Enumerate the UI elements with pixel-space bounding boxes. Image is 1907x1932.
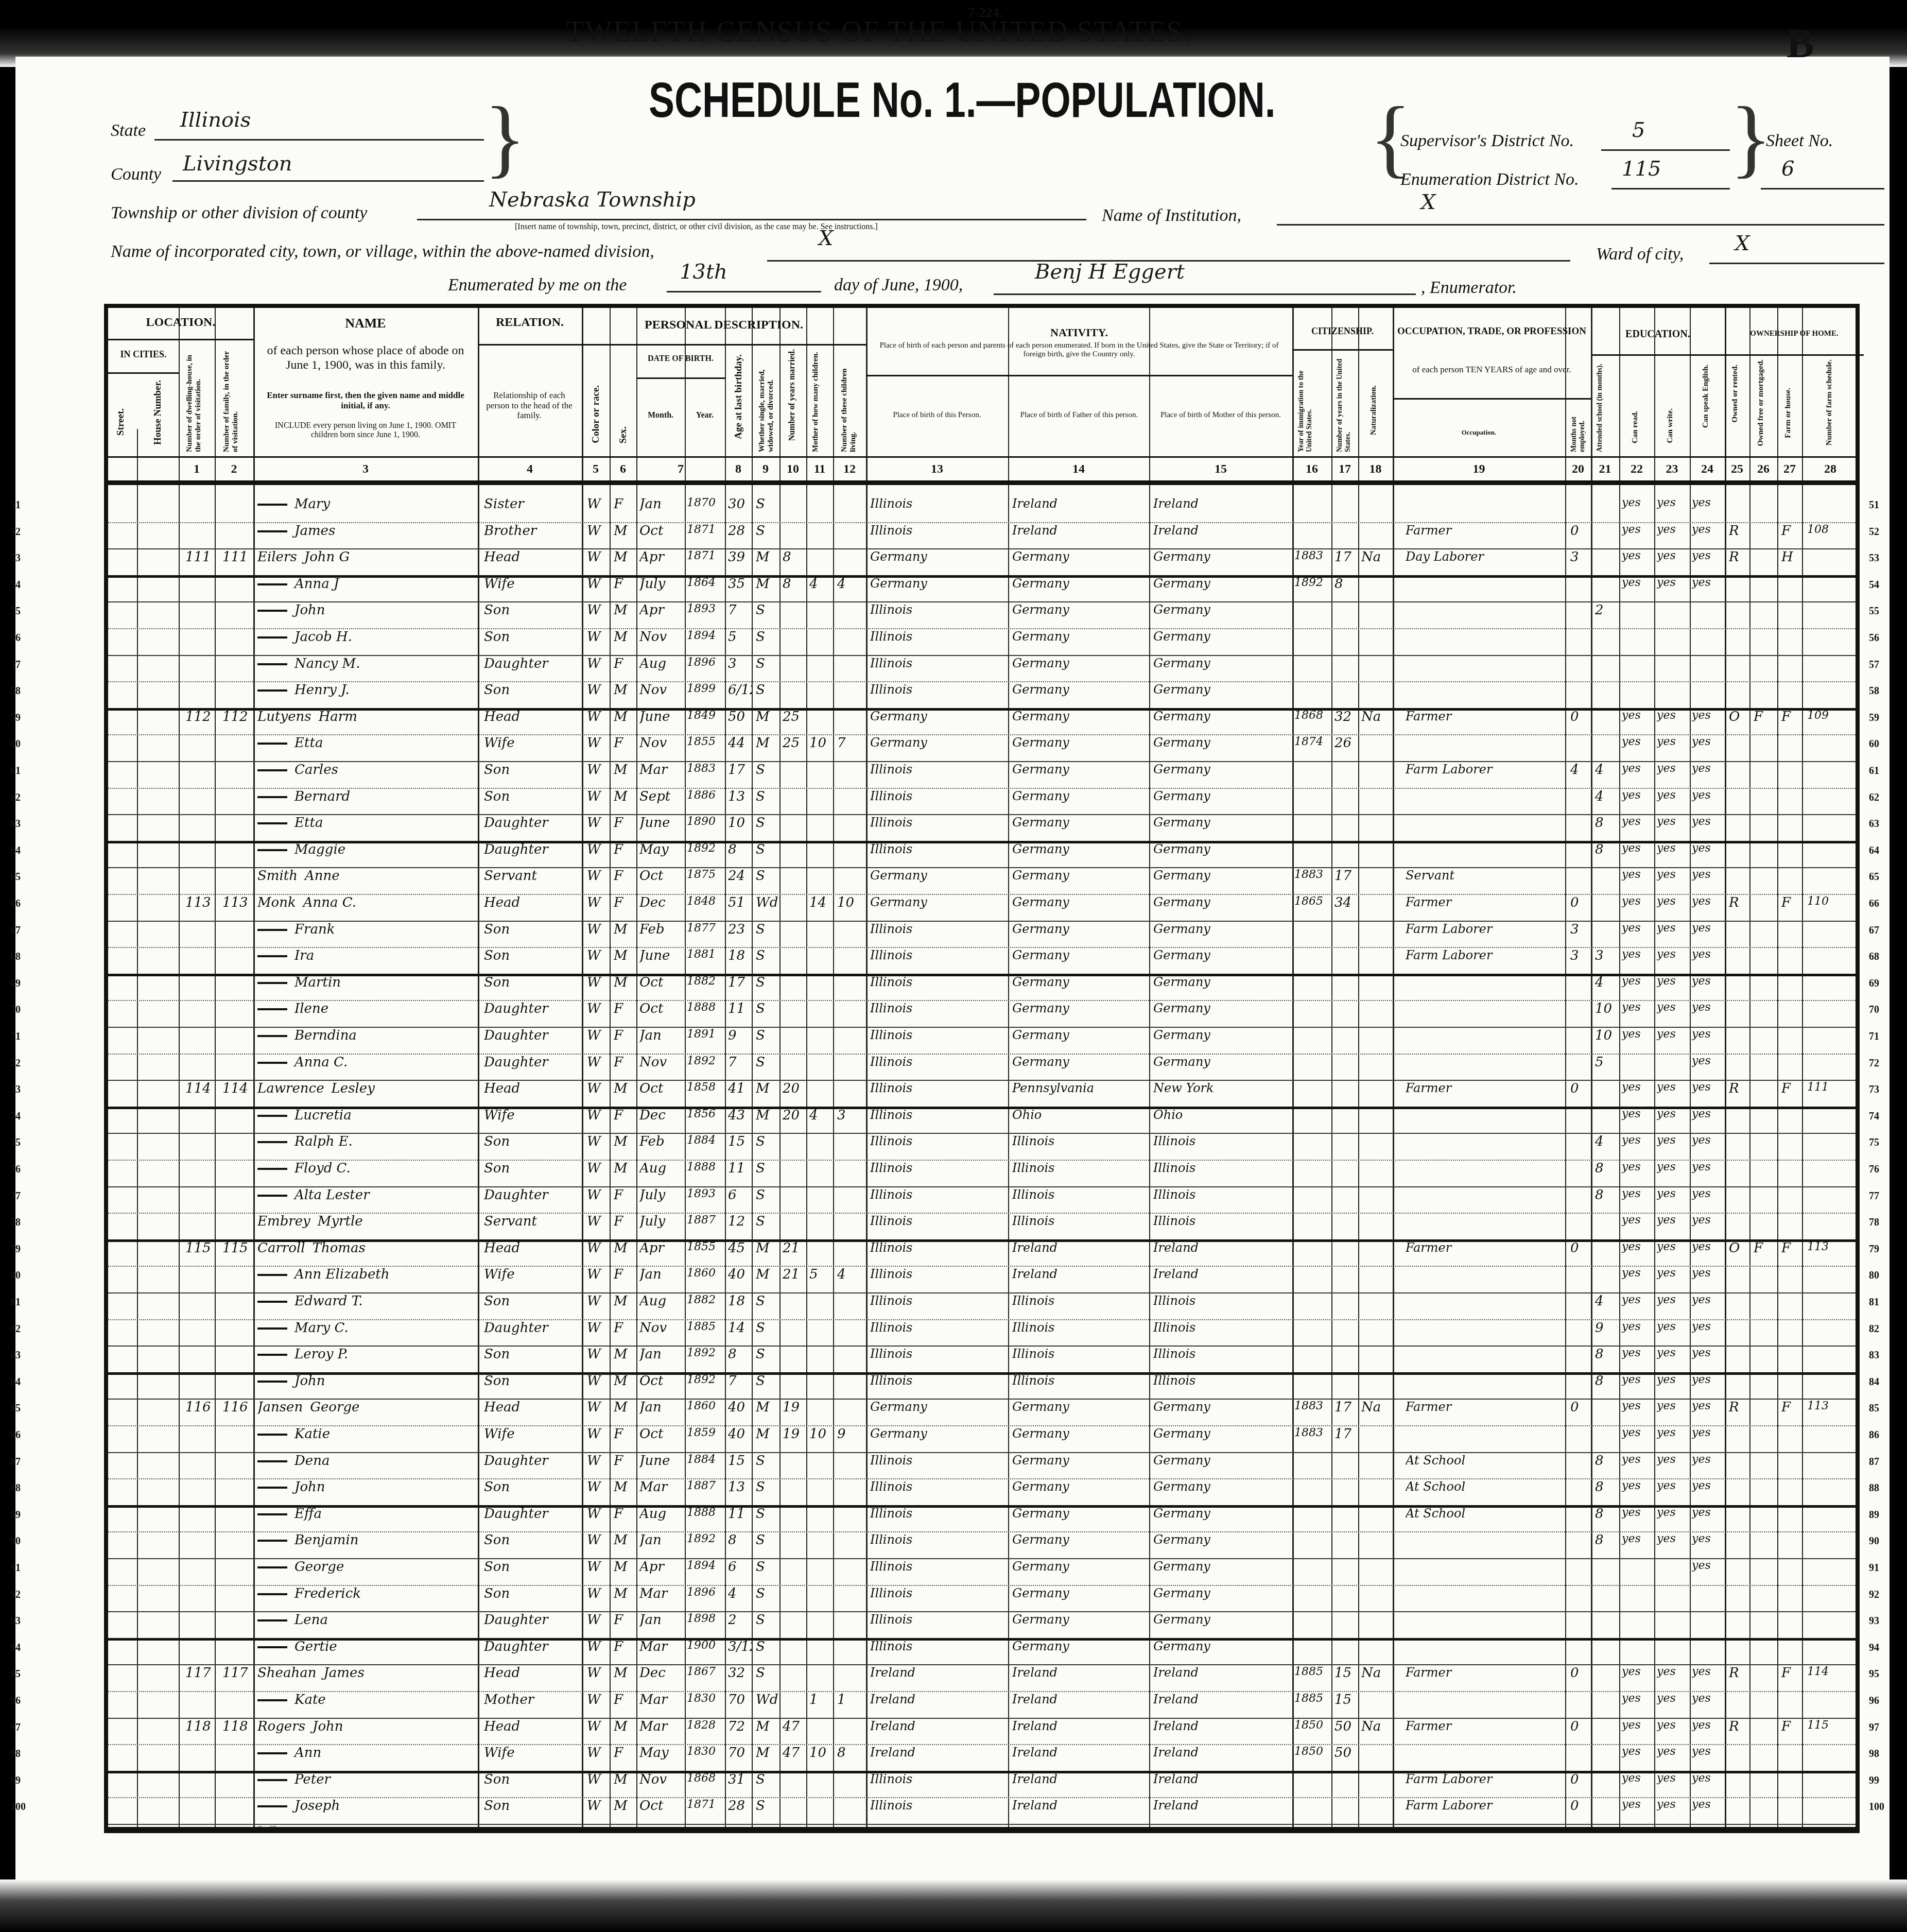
cell-sex: F [614,1745,634,1761]
line-number: 93 [1869,1615,1879,1627]
cell-month: Mar [639,1586,683,1601]
cell-year: 1882 [687,975,724,988]
cell-eng: yes [1692,1400,1723,1412]
cell-pobm: Germany [1153,1426,1290,1441]
cell-read: yes [1622,1108,1653,1120]
cell-write: yes [1657,1187,1688,1200]
person-name: Henry J. [257,682,476,698]
cell-month: Sept [639,789,683,804]
cell-rel: Son [484,629,579,645]
cell-eng: yes [1692,549,1723,562]
cell-write: yes [1657,975,1688,988]
line-number: 70 [1869,1004,1879,1016]
surname-ditto-dash [257,955,287,957]
cell-ms: S [756,629,778,645]
line-number-left: 75 [10,1137,21,1149]
cell-pobm: Ireland [1153,523,1290,538]
cell-year: 1887 [687,1479,724,1492]
cell-pob: Germany [870,868,1005,883]
cell-ms: S [756,948,778,963]
cell-occ: Farm Laborer [1406,1798,1560,1813]
header-divider [1292,349,1393,351]
cell-rel: Servant [484,868,579,884]
line-number: 72 [1869,1058,1879,1069]
cell-write: yes [1657,1373,1688,1386]
given-name: John [313,1719,343,1734]
cell-own: R [1729,549,1747,565]
surname-ditto-dash [257,1008,287,1010]
cell-read: yes [1622,1719,1653,1732]
cell-read: yes [1622,576,1653,589]
line-number-left: 60 [10,738,21,750]
cell-age: 28 [728,523,752,539]
person-name: John [257,1479,476,1495]
cell-eng: yes [1692,1532,1723,1545]
given-name: Effa [294,1506,322,1522]
column-number: 25 [1725,462,1749,476]
table-row: Ralph E.SonWMFeb188415SIllinoisIllinoisI… [108,1133,1856,1161]
cell-read: yes [1622,895,1653,908]
cell-age: 13 [728,789,752,804]
cell-age: 24 [728,868,752,884]
cell-ym: 20 [783,1081,805,1096]
cell-ym: 25 [783,735,805,751]
cell-month: June [639,1453,683,1469]
table-row: MonkAnna C.113113HeadWFDec184851Wd1410Ge… [108,894,1856,922]
person-name: Ann [257,1745,476,1761]
cell-color: W [587,1293,608,1309]
cell-rel: Brother [484,523,579,539]
cell-mu: 0 [1570,1665,1589,1681]
given-name: George [294,1559,344,1575]
cell-dw: 112 [185,709,214,725]
cell-sex: F [614,496,634,512]
cell-write: yes [1657,576,1688,589]
cell-pobm: Germany [1153,868,1290,883]
county-value: Livingston [183,152,292,176]
cell-color: W [587,1187,608,1203]
line-number-left: 57 [10,659,21,671]
cell-pobf: Ohio [1012,1108,1147,1122]
cell-fam: 116 [222,1400,251,1415]
cell-pob: Illinois [870,1240,1005,1255]
person-name: Gertie [257,1639,476,1654]
cell-read: yes [1622,1214,1653,1227]
table-row: MarySisterWFJan187030SIllinoisIrelandIre… [108,495,1856,523]
cell-year: 1849 [687,709,724,722]
cell-write: yes [1657,1453,1688,1466]
cell-sch: 8 [1595,1506,1618,1522]
cell-fh: F [1781,1400,1800,1415]
line-number-left: 98 [10,1748,21,1760]
cell-color: W [587,1772,608,1787]
cell-own: R [1729,1400,1747,1415]
cell-ym: 19 [783,1426,805,1442]
cell-pob: Illinois [870,656,1005,670]
cell-sex: M [614,1532,634,1548]
cell-fh: F [1781,895,1800,910]
cell-eng: yes [1692,922,1723,935]
given-name: Benjamin [294,1532,359,1548]
column-number: 19 [1393,462,1565,476]
cell-ms: S [756,602,778,618]
cell-free: F [1754,1240,1774,1256]
cell-write: yes [1657,709,1688,722]
cell-occ: Farm Laborer [1406,922,1560,936]
line-number-left: 81 [10,1297,21,1308]
line-number-left: 66 [10,898,21,910]
cell-color: W [587,1506,608,1522]
header-divider [1393,398,1591,400]
line-number-left: 90 [10,1536,21,1547]
cell-sex: M [614,1772,634,1787]
cell-mu: 3 [1570,922,1589,937]
cell-read: yes [1622,1426,1653,1439]
column-number: 13 [866,462,1008,476]
cell-ms: S [756,1639,778,1654]
cell-pob: Illinois [870,496,1005,511]
cell-month: Feb [639,1134,683,1149]
person-name: Frank [257,922,476,937]
cell-occ: Farm Laborer [1406,762,1560,777]
line-number-left: 71 [10,1031,21,1043]
cell-year: 1896 [687,1586,724,1599]
table-row: Ann ElizabethWifeWFJan186040M2154Illinoi… [108,1266,1856,1293]
line-number-left: 67 [10,925,21,937]
cell-rel: Son [484,948,579,963]
surname-ditto-dash [257,636,287,639]
surname: Jansen [257,1400,303,1415]
cell-ms: S [756,1559,778,1575]
cell-mu: 0 [1570,1798,1589,1814]
line-number: 79 [1869,1244,1879,1255]
state-label: State [111,121,146,141]
cell-write: yes [1657,1506,1688,1519]
cell-eng: yes [1692,1692,1723,1705]
person-name: Floyd C. [257,1161,476,1176]
cell-color: W [587,1426,608,1442]
surname-ditto-dash [257,1354,287,1356]
cell-pobf: Germany [1012,1001,1147,1015]
dwelling-number-header: Number of dwelling-house, in the order o… [185,349,203,452]
table-row: LucretiaWifeWFDec185643M2043IllinoisOhio… [108,1107,1856,1134]
cell-dw: 115 [185,1240,214,1256]
cell-month: Dec [639,1665,683,1681]
scan-bottom-edge [0,1879,1907,1932]
cell-color: W [587,576,608,592]
cell-pob: Illinois [870,1347,1005,1361]
sheet-no-underline [1761,188,1884,189]
cell-fs: 110 [1807,895,1853,908]
name-instruction-1: Enter surname first, then the given name… [263,390,469,410]
line-number: 91 [1869,1562,1879,1574]
person-name: Ann Elizabeth [257,1267,476,1282]
cell-rel: Daughter [484,1001,579,1016]
cell-sex: F [614,1187,634,1203]
cell-rel: Son [484,789,579,804]
line-number-left: 65 [10,871,21,883]
surname-ditto-dash [257,769,287,771]
cell-yrs: 32 [1334,709,1357,725]
cell-pob: Germany [870,1426,1005,1441]
column-number: 7 [636,462,725,476]
cell-occ: At School [1406,1453,1560,1468]
line-number: 66 [1869,898,1879,910]
line-number: 80 [1869,1270,1879,1282]
ward-label: Ward of city, [1596,245,1684,264]
cell-ym: 19 [783,1400,805,1415]
institution-label: Name of Institution, [1102,206,1241,226]
table-row: BenjaminSonWMJan18928SIllinoisGermanyGer… [108,1531,1856,1559]
cell-sch: 8 [1595,1187,1618,1203]
cell-color: W [587,842,608,857]
cell-pobf: Germany [1012,1426,1147,1441]
cell-ms: S [756,1373,778,1389]
group-relation: RELATION. [478,316,582,330]
cell-write: yes [1657,1692,1688,1705]
cell-age: 70 [728,1692,752,1707]
cell-pobm: Ohio [1153,1108,1290,1122]
cell-pobf: Germany [1012,1479,1147,1494]
cell-eng: yes [1692,1134,1723,1147]
cell-pobm: Germany [1153,975,1290,989]
cell-write: yes [1657,948,1688,961]
cell-color: W [587,523,608,539]
given-name: Lucretia [294,1108,352,1123]
cell-read: yes [1622,496,1653,509]
cell-fs: 109 [1807,709,1853,722]
cell-eng: yes [1692,975,1723,988]
cell-occ: Farmer [1406,709,1560,723]
cell-rel: Daughter [484,815,579,831]
cell-pobm: Germany [1153,1559,1290,1574]
cell-pob: Illinois [870,1108,1005,1122]
cell-sex: M [614,709,634,725]
cell-age: 11 [728,1161,752,1176]
given-name: Maggie [294,842,345,857]
cell-read: yes [1622,735,1653,748]
cell-yrs: 17 [1334,868,1357,884]
surname-ditto-dash [257,1540,287,1542]
cell-color: W [587,815,608,831]
cell-age: 10 [728,815,752,831]
cell-year: 1896 [687,656,724,669]
cell-sch: 4 [1595,789,1618,804]
cell-rel: Head [484,895,579,910]
cell-pobm: Ireland [1153,1692,1290,1706]
cell-mu: 0 [1570,1719,1589,1734]
cell-age: 15 [728,1134,752,1149]
person-name: Leroy P. [257,1347,476,1362]
years-in-us-header: Number of years in the United States. [1336,357,1353,452]
cell-pobf: Pennsylvania [1012,1081,1147,1095]
cell-read: yes [1622,1400,1653,1412]
cell-year: 1881 [687,948,724,961]
table-row: FrankSonWMFeb187723SIllinoisGermanyGerma… [108,921,1856,948]
cell-rel: Wife [484,1426,579,1442]
cell-color: W [587,1479,608,1495]
line-number: 77 [1869,1191,1879,1202]
line-number-left: 93 [10,1615,21,1627]
cell-age: 6/12 [728,682,752,698]
cell-age: 17 [728,762,752,778]
institution-value: X [1421,191,1435,214]
cell-write: yes [1657,815,1688,828]
cell-read: yes [1622,709,1653,722]
column-number: 9 [752,462,779,476]
cell-eng: yes [1692,1187,1723,1200]
surname-ditto-dash [257,1513,287,1515]
surname-ditto-dash [257,1381,287,1383]
cell-pobm: Germany [1153,709,1290,723]
cell-own: R [1729,523,1747,539]
cell-pobf: Germany [1012,549,1147,564]
cell-rel: Son [484,1161,579,1176]
given-name: Mary [294,496,330,512]
person-name: RogersJohn [257,1719,476,1734]
cell-pobf: Germany [1012,1532,1147,1547]
cell-eng: yes [1692,1081,1723,1094]
cell-ms: S [756,1798,778,1814]
cell-age: 14 [728,1320,752,1336]
cell-occ: Farmer [1406,1400,1560,1414]
given-name: Anna J [294,576,339,592]
header-divider [478,344,582,346]
county-label: County [111,165,161,184]
table-row: BerndinaDaughterWFJan18919SIllinoisGerma… [108,1027,1856,1055]
cell-write: yes [1657,1400,1688,1412]
cell-read: yes [1622,1267,1653,1280]
sheet-no-label: Sheet No. [1766,131,1833,151]
cell-sch: 9 [1595,1320,1618,1336]
cell-mu: 0 [1570,1081,1589,1096]
cell-ms: S [756,682,778,698]
cell-eng: yes [1692,868,1723,881]
cell-color: W [587,1586,608,1601]
given-name: Frederick [294,1586,361,1601]
cell-pobf: Illinois [1012,1161,1147,1175]
group-in-cities: IN CITIES. [108,349,179,360]
surname: Eilers [257,549,297,565]
cell-rel: Son [484,1347,579,1362]
cell-pobf: Illinois [1012,1320,1147,1335]
cell-color: W [587,1745,608,1761]
cell-color: W [587,1320,608,1336]
street-header: Street. [115,408,127,436]
cell-yrs: 8 [1334,576,1357,592]
cell-month: Jan [639,1532,683,1548]
pob-mother-header: Place of birth of Mother of this person. [1153,411,1288,420]
cell-color: W [587,1532,608,1548]
cell-month: Mar [639,1719,683,1734]
cell-sex: F [614,1639,634,1654]
line-number-left: 68 [10,951,21,963]
person-name: SmithAnne [257,868,476,884]
line-number-left: 83 [10,1350,21,1361]
given-name: Ira [294,948,314,963]
cell-pobm: Germany [1153,815,1290,830]
cell-pobf: Germany [1012,656,1147,670]
cell-year: 1886 [687,789,724,802]
cell-sch: 8 [1595,1479,1618,1495]
person-name: Martin [257,975,476,990]
cell-pobf: Ireland [1012,1745,1147,1760]
cell-eng: yes [1692,1559,1723,1572]
header-divider [1591,354,1725,356]
header-divider [108,372,179,374]
cell-color: W [587,948,608,963]
cell-write: yes [1657,1081,1688,1094]
cell-eng: yes [1692,1426,1723,1439]
cell-dw: 118 [185,1719,214,1734]
cell-month: Jan [639,1400,683,1415]
person-name: John [257,1373,476,1389]
supervisor-label: Supervisor's District No. [1400,131,1574,151]
cell-color: W [587,1639,608,1654]
cell-pobf: Ireland [1012,1240,1147,1255]
cell-month: Aug [639,1506,683,1522]
cell-year: 1871 [687,549,724,562]
cell-pobm: Germany [1153,1028,1290,1042]
township-value: Nebraska Township [489,188,696,212]
cell-occ: Farmer [1406,1719,1560,1733]
cell-pobm: Illinois [1153,1161,1290,1175]
cell-cl: 7 [837,735,863,751]
color-header: Color or race. [591,385,602,443]
cell-pob: Illinois [870,975,1005,989]
column-number: 15 [1149,462,1292,476]
cell-sex: M [614,922,634,937]
line-number-left: 62 [10,792,21,804]
cell-eng: yes [1692,1214,1723,1227]
cell-read: yes [1622,948,1653,961]
cell-age: 70 [728,1745,752,1761]
cell-pob: Illinois [870,1081,1005,1095]
surname-ditto-dash [257,1115,287,1117]
table-row: PeterSonWMNov186831SIllinoisIrelandIrela… [108,1771,1856,1799]
header-divider [582,344,866,346]
cell-color: W [587,602,608,618]
cell-color: W [587,1612,608,1628]
cell-color: W [587,496,608,512]
surname-ditto-dash [257,822,287,824]
line-number-left: 73 [10,1084,21,1096]
cell-age: 4 [728,1586,752,1601]
cell-nat: Na [1361,549,1390,565]
person-name: Anna J [257,576,476,592]
cell-fh: F [1781,1665,1800,1681]
line-number-left: 54 [10,579,21,591]
person-name: Berndina [257,1028,476,1043]
given-name: Leroy P. [294,1347,348,1362]
person-name: Mary [257,496,476,512]
cell-pob: Germany [870,549,1005,564]
cell-imm: 1883 [1294,1400,1330,1412]
cell-pobf: Ireland [1012,523,1147,538]
cell-rel: Daughter [484,1453,579,1469]
cell-month: July [639,576,683,592]
cell-pobm: Ireland [1153,1798,1290,1813]
cell-pobm: Germany [1153,629,1290,644]
cell-occ: At School [1406,1479,1560,1494]
cell-year: 1892 [687,842,724,855]
cell-ms: M [756,1719,778,1734]
surname: Lawrence [257,1081,324,1096]
cell-occ: Farm Laborer [1406,948,1560,962]
surname-ditto-dash [257,610,287,612]
surname-ditto-dash [257,1035,287,1037]
cell-pobm: Germany [1153,1400,1290,1414]
